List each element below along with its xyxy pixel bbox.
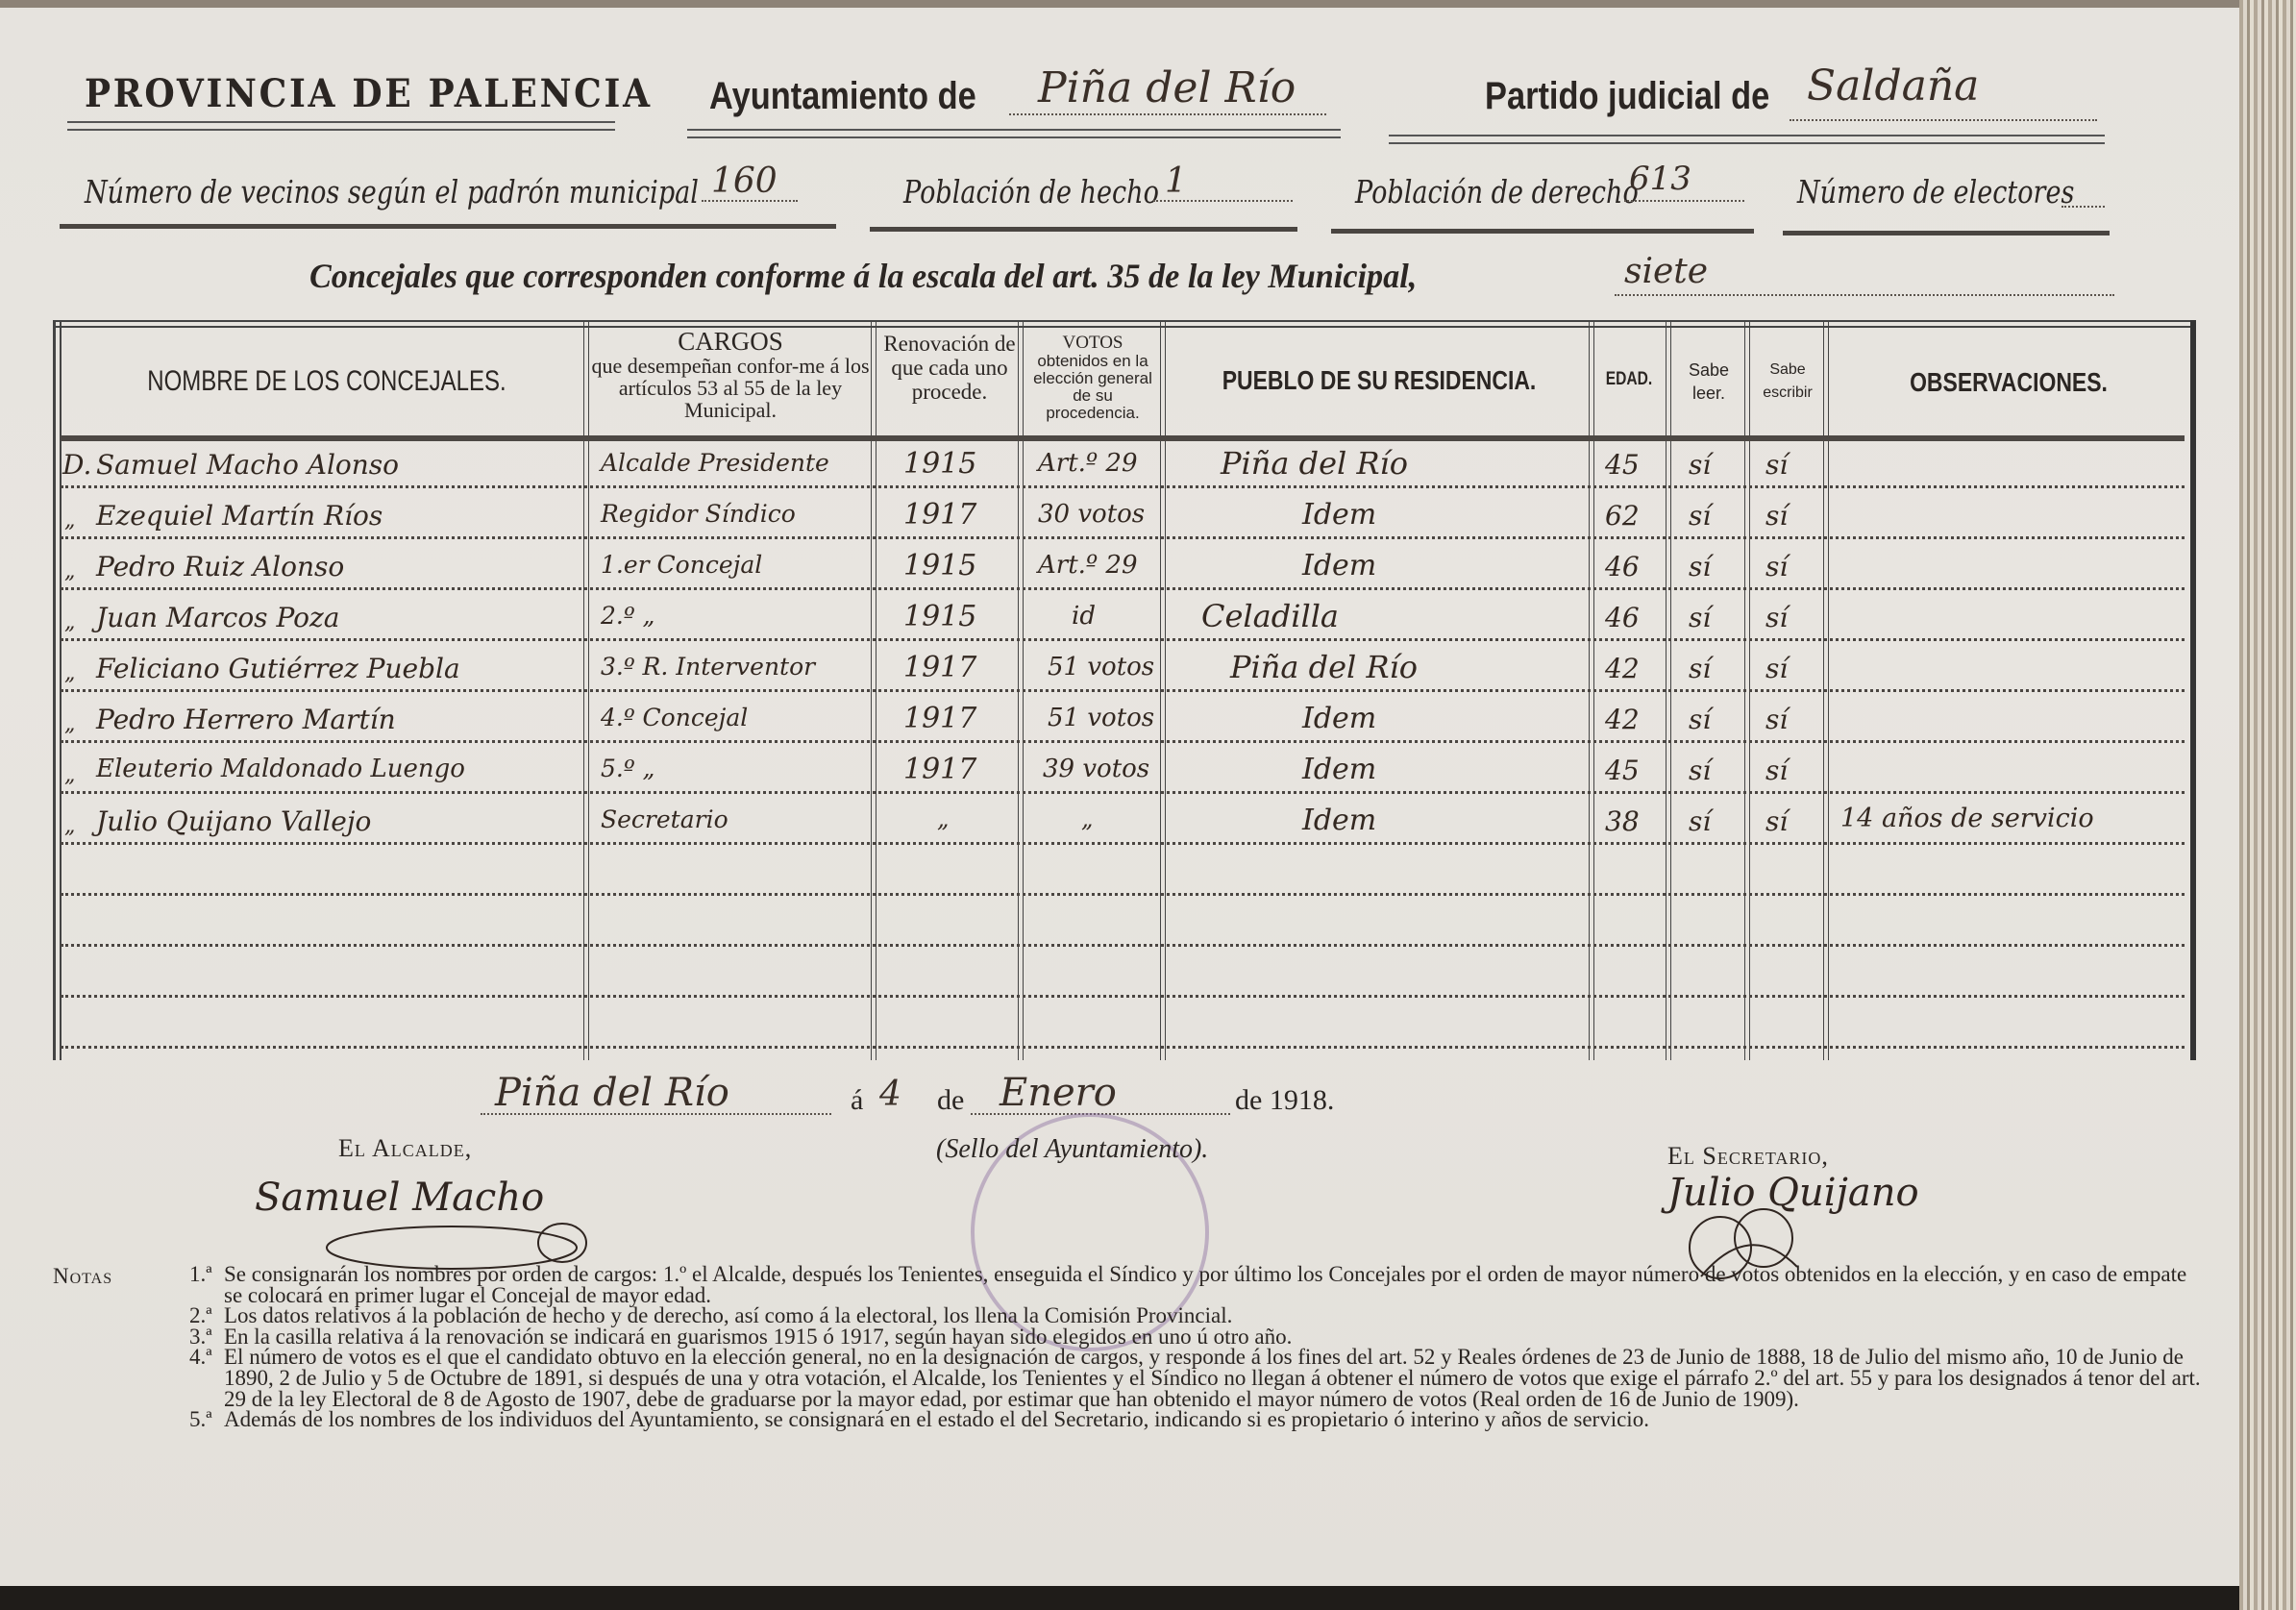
- cell-cargo[interactable]: Regidor Síndico: [601, 500, 796, 528]
- concejales-value[interactable]: siete: [1624, 252, 1708, 291]
- row-prefix: „: [64, 559, 75, 583]
- vecinos-value[interactable]: 160: [711, 161, 778, 201]
- header-separator: [61, 435, 2185, 441]
- province-title: PROVINCIA DE PALENCIA: [85, 71, 653, 116]
- row-rule: [61, 638, 2185, 641]
- divider: [1783, 231, 2110, 235]
- cell-sabe-escribir[interactable]: sí: [1765, 551, 1788, 582]
- row-rule: [61, 1046, 2185, 1049]
- row-rule: [61, 791, 2185, 794]
- cell-nombre[interactable]: Eleuterio Maldonado Luengo: [96, 755, 465, 783]
- cell-observaciones[interactable]: 14 años de servicio: [1840, 804, 2094, 833]
- header-cargos: CARGOS que desempeñan confor-me á los ar…: [591, 328, 870, 421]
- cell-renovacion[interactable]: „: [937, 805, 949, 832]
- cell-votos[interactable]: Art.º 29: [1038, 449, 1138, 478]
- cell-votos[interactable]: 39 votos: [1043, 755, 1149, 783]
- header-cargos-title: CARGOS: [591, 328, 870, 355]
- derecho-label: Población de derecho: [1355, 173, 1639, 211]
- header-nombre: NOMBRE DE LOS CONCEJALES.: [123, 366, 531, 397]
- row-rule: [61, 740, 2185, 743]
- cell-renovacion[interactable]: 1917: [903, 651, 976, 684]
- partido-value[interactable]: Saldaña: [1807, 62, 1979, 111]
- cell-sabe-leer[interactable]: sí: [1689, 755, 1711, 786]
- header-cargos-sub: que desempeñan confor-me á los artículos…: [591, 355, 870, 421]
- row-prefix: „: [64, 610, 75, 634]
- cell-votos[interactable]: 51 votos: [1048, 704, 1154, 732]
- row-prefix: „: [64, 814, 75, 838]
- cell-edad[interactable]: 45: [1605, 449, 1640, 481]
- note-item: 1.ªSe consignarán los nombres por orden …: [53, 1264, 2206, 1305]
- note-number: 4.ª: [189, 1347, 224, 1368]
- row-rule: [61, 944, 2185, 947]
- note-item: 3.ªEn la casilla relativa á la renovació…: [53, 1326, 2206, 1348]
- cell-pueblo[interactable]: Celadilla: [1201, 598, 1339, 634]
- cell-cargo[interactable]: Secretario: [601, 805, 728, 833]
- cell-cargo[interactable]: 2.º „: [601, 602, 655, 630]
- cell-cargo[interactable]: 5.º „: [601, 755, 655, 782]
- header-observaciones: OBSERVACIONES.: [1863, 368, 2154, 396]
- cell-nombre[interactable]: Pedro Ruiz Alonso: [96, 551, 344, 582]
- date-place[interactable]: Piña del Río: [495, 1071, 729, 1115]
- cell-cargo[interactable]: 1.er Concejal: [601, 551, 762, 579]
- cell-votos[interactable]: 30 votos: [1038, 500, 1145, 529]
- ayuntamiento-value[interactable]: Piña del Río: [1038, 63, 1296, 112]
- header-votos-sub: obtenidos en la elección general de su p…: [1025, 353, 1160, 422]
- divider: [67, 121, 615, 131]
- note-number: 5.ª: [189, 1409, 224, 1430]
- date-day[interactable]: 4: [879, 1075, 901, 1114]
- cell-renovacion[interactable]: 1915: [903, 549, 976, 582]
- concejales-label: Concejales que corresponden conforme á l…: [309, 256, 1417, 296]
- row-rule: [61, 536, 2185, 539]
- header-sabe-leer: Sabe leer.: [1677, 359, 1741, 405]
- date-year: de 1918.: [1235, 1084, 1334, 1117]
- row-rule: [61, 995, 2185, 998]
- electores-field-line: [2061, 206, 2105, 208]
- cell-sabe-leer[interactable]: sí: [1689, 602, 1711, 633]
- cell-pueblo[interactable]: Idem: [1302, 804, 1376, 837]
- notes-section: Notas 1.ªSe consignarán los nombres por …: [53, 1264, 2206, 1430]
- cell-pueblo[interactable]: Idem: [1302, 702, 1376, 735]
- cell-votos[interactable]: id: [1072, 602, 1096, 631]
- concejales-field-line: [1615, 294, 2114, 296]
- derecho-value[interactable]: 613: [1629, 160, 1691, 198]
- header-votos: VOTOS obtenidos en la elección general d…: [1025, 334, 1160, 422]
- cell-votos[interactable]: „: [1081, 805, 1093, 832]
- table-top-border: [53, 320, 2196, 328]
- cell-sabe-leer[interactable]: sí: [1689, 551, 1711, 582]
- row-rule: [61, 587, 2185, 590]
- cell-renovacion[interactable]: 1917: [903, 498, 976, 532]
- row-prefix: „: [64, 712, 75, 736]
- divider: [1389, 135, 2105, 144]
- note-text: Se consignarán los nombres por orden de …: [224, 1262, 2186, 1307]
- secretario-label: El Secretario,: [1667, 1142, 1829, 1171]
- document-page: PROVINCIA DE PALENCIA Ayuntamiento de Pi…: [0, 0, 2239, 1594]
- cell-cargo[interactable]: 4.º Concejal: [601, 704, 748, 731]
- cell-sabe-leer[interactable]: sí: [1689, 653, 1711, 684]
- note-number: 1.ª: [189, 1264, 224, 1285]
- cell-sabe-leer[interactable]: sí: [1689, 704, 1711, 735]
- row-prefix: „: [64, 661, 75, 685]
- row-rule: [61, 485, 2185, 488]
- date-month[interactable]: Enero: [1000, 1071, 1117, 1115]
- row-rule: [61, 893, 2185, 896]
- divider: [60, 224, 836, 229]
- cell-sabe-escribir[interactable]: sí: [1765, 602, 1788, 633]
- alcalde-label: El Alcalde,: [338, 1134, 472, 1163]
- seal-note: (Sello del Ayuntamiento).: [936, 1134, 1208, 1165]
- divider: [687, 129, 1341, 138]
- row-rule: [61, 689, 2185, 692]
- cell-renovacion[interactable]: 1917: [903, 702, 976, 735]
- note-item: 5.ªAdemás de los nombres de los individu…: [53, 1409, 2206, 1430]
- note-text: El número de votos es el que el candidat…: [224, 1345, 2201, 1410]
- cell-sabe-escribir[interactable]: sí: [1765, 449, 1788, 481]
- electores-label: Número de electores: [1797, 173, 2074, 211]
- row-prefix: D.: [62, 449, 91, 481]
- cell-pueblo[interactable]: Piña del Río: [1221, 445, 1408, 482]
- book-page-edges: [2239, 0, 2296, 1610]
- cell-cargo[interactable]: Alcalde Presidente: [601, 449, 829, 477]
- cell-nombre[interactable]: Ezequiel Martín Ríos: [96, 500, 383, 532]
- cell-edad[interactable]: 46: [1605, 551, 1640, 582]
- cell-edad[interactable]: 46: [1605, 602, 1640, 633]
- cell-renovacion[interactable]: 1915: [903, 600, 976, 633]
- cell-edad[interactable]: 38: [1605, 805, 1640, 837]
- cell-renovacion[interactable]: 1915: [903, 447, 976, 481]
- cell-sabe-leer[interactable]: sí: [1689, 500, 1711, 532]
- cell-nombre[interactable]: Pedro Herrero Martín: [96, 704, 396, 735]
- vecinos-label: Número de vecinos según el padrón munici…: [85, 173, 699, 211]
- divider: [870, 227, 1297, 232]
- hecho-label: Población de hecho: [903, 173, 1159, 211]
- row-rule: [61, 842, 2185, 845]
- hecho-value[interactable]: 1: [1165, 161, 1187, 201]
- note-item: 2.ªLos datos relativos á la población de…: [53, 1305, 2206, 1326]
- cell-votos[interactable]: 51 votos: [1048, 653, 1154, 681]
- partido-field-line: [1790, 119, 2097, 121]
- ayuntamiento-label: Ayuntamiento de: [709, 75, 976, 118]
- date-a: á: [851, 1084, 863, 1117]
- header-pueblo: PUEBLO DE SU RESIDENCIA.: [1206, 366, 1553, 394]
- cell-nombre[interactable]: Juan Marcos Poza: [96, 602, 339, 633]
- date-de: de: [937, 1084, 964, 1117]
- cell-edad[interactable]: 42: [1605, 653, 1640, 684]
- cell-sabe-escribir[interactable]: sí: [1765, 500, 1788, 532]
- cell-sabe-escribir[interactable]: sí: [1765, 755, 1788, 786]
- cell-sabe-leer[interactable]: sí: [1689, 449, 1711, 481]
- header-edad: EDAD.: [1597, 370, 1661, 389]
- derecho-field-line: [1624, 200, 1744, 202]
- cell-sabe-escribir[interactable]: sí: [1765, 704, 1788, 735]
- cell-edad[interactable]: 42: [1605, 704, 1640, 735]
- cell-pueblo[interactable]: Piña del Río: [1230, 649, 1418, 685]
- cell-pueblo[interactable]: Idem: [1302, 549, 1376, 582]
- header-renovacion: Renovación de que cada uno procede.: [881, 332, 1018, 404]
- cell-sabe-escribir[interactable]: sí: [1765, 653, 1788, 684]
- cell-sabe-leer[interactable]: sí: [1689, 805, 1711, 837]
- cell-pueblo[interactable]: Idem: [1302, 753, 1376, 786]
- note-item: 4.ªEl número de votos es el que el candi…: [53, 1347, 2206, 1409]
- cell-nombre[interactable]: Julio Quijano Vallejo: [96, 805, 371, 837]
- ayuntamiento-field-line: [1009, 113, 1326, 115]
- row-prefix: „: [64, 508, 75, 533]
- cell-nombre[interactable]: Feliciano Gutiérrez Puebla: [96, 653, 460, 684]
- cell-edad[interactable]: 62: [1605, 500, 1640, 532]
- row-prefix: „: [64, 763, 75, 787]
- scan-shadow: [0, 1586, 2239, 1610]
- cell-votos[interactable]: Art.º 29: [1038, 551, 1138, 580]
- divider: [1331, 229, 1754, 234]
- cell-edad[interactable]: 45: [1605, 755, 1640, 786]
- concejales-table: NOMBRE DE LOS CONCEJALES. CARGOS que des…: [53, 320, 2196, 1060]
- cell-renovacion[interactable]: 1917: [903, 753, 976, 786]
- note-text: Además de los nombres de los individuos …: [224, 1407, 1649, 1431]
- partido-label: Partido judicial de: [1485, 75, 1769, 118]
- note-number: 2.ª: [189, 1305, 224, 1326]
- cell-pueblo[interactable]: Idem: [1302, 498, 1376, 532]
- cell-nombre[interactable]: Samuel Macho Alonso: [96, 449, 399, 481]
- cell-cargo[interactable]: 3.º R. Interventor: [601, 653, 815, 681]
- cell-sabe-escribir[interactable]: sí: [1765, 805, 1788, 837]
- table-right-border: [2190, 320, 2196, 1060]
- header-votos-title: VOTOS: [1025, 334, 1160, 353]
- header-sabe-escribir: Sabe escribir: [1750, 359, 1825, 405]
- note-number: 3.ª: [189, 1326, 224, 1348]
